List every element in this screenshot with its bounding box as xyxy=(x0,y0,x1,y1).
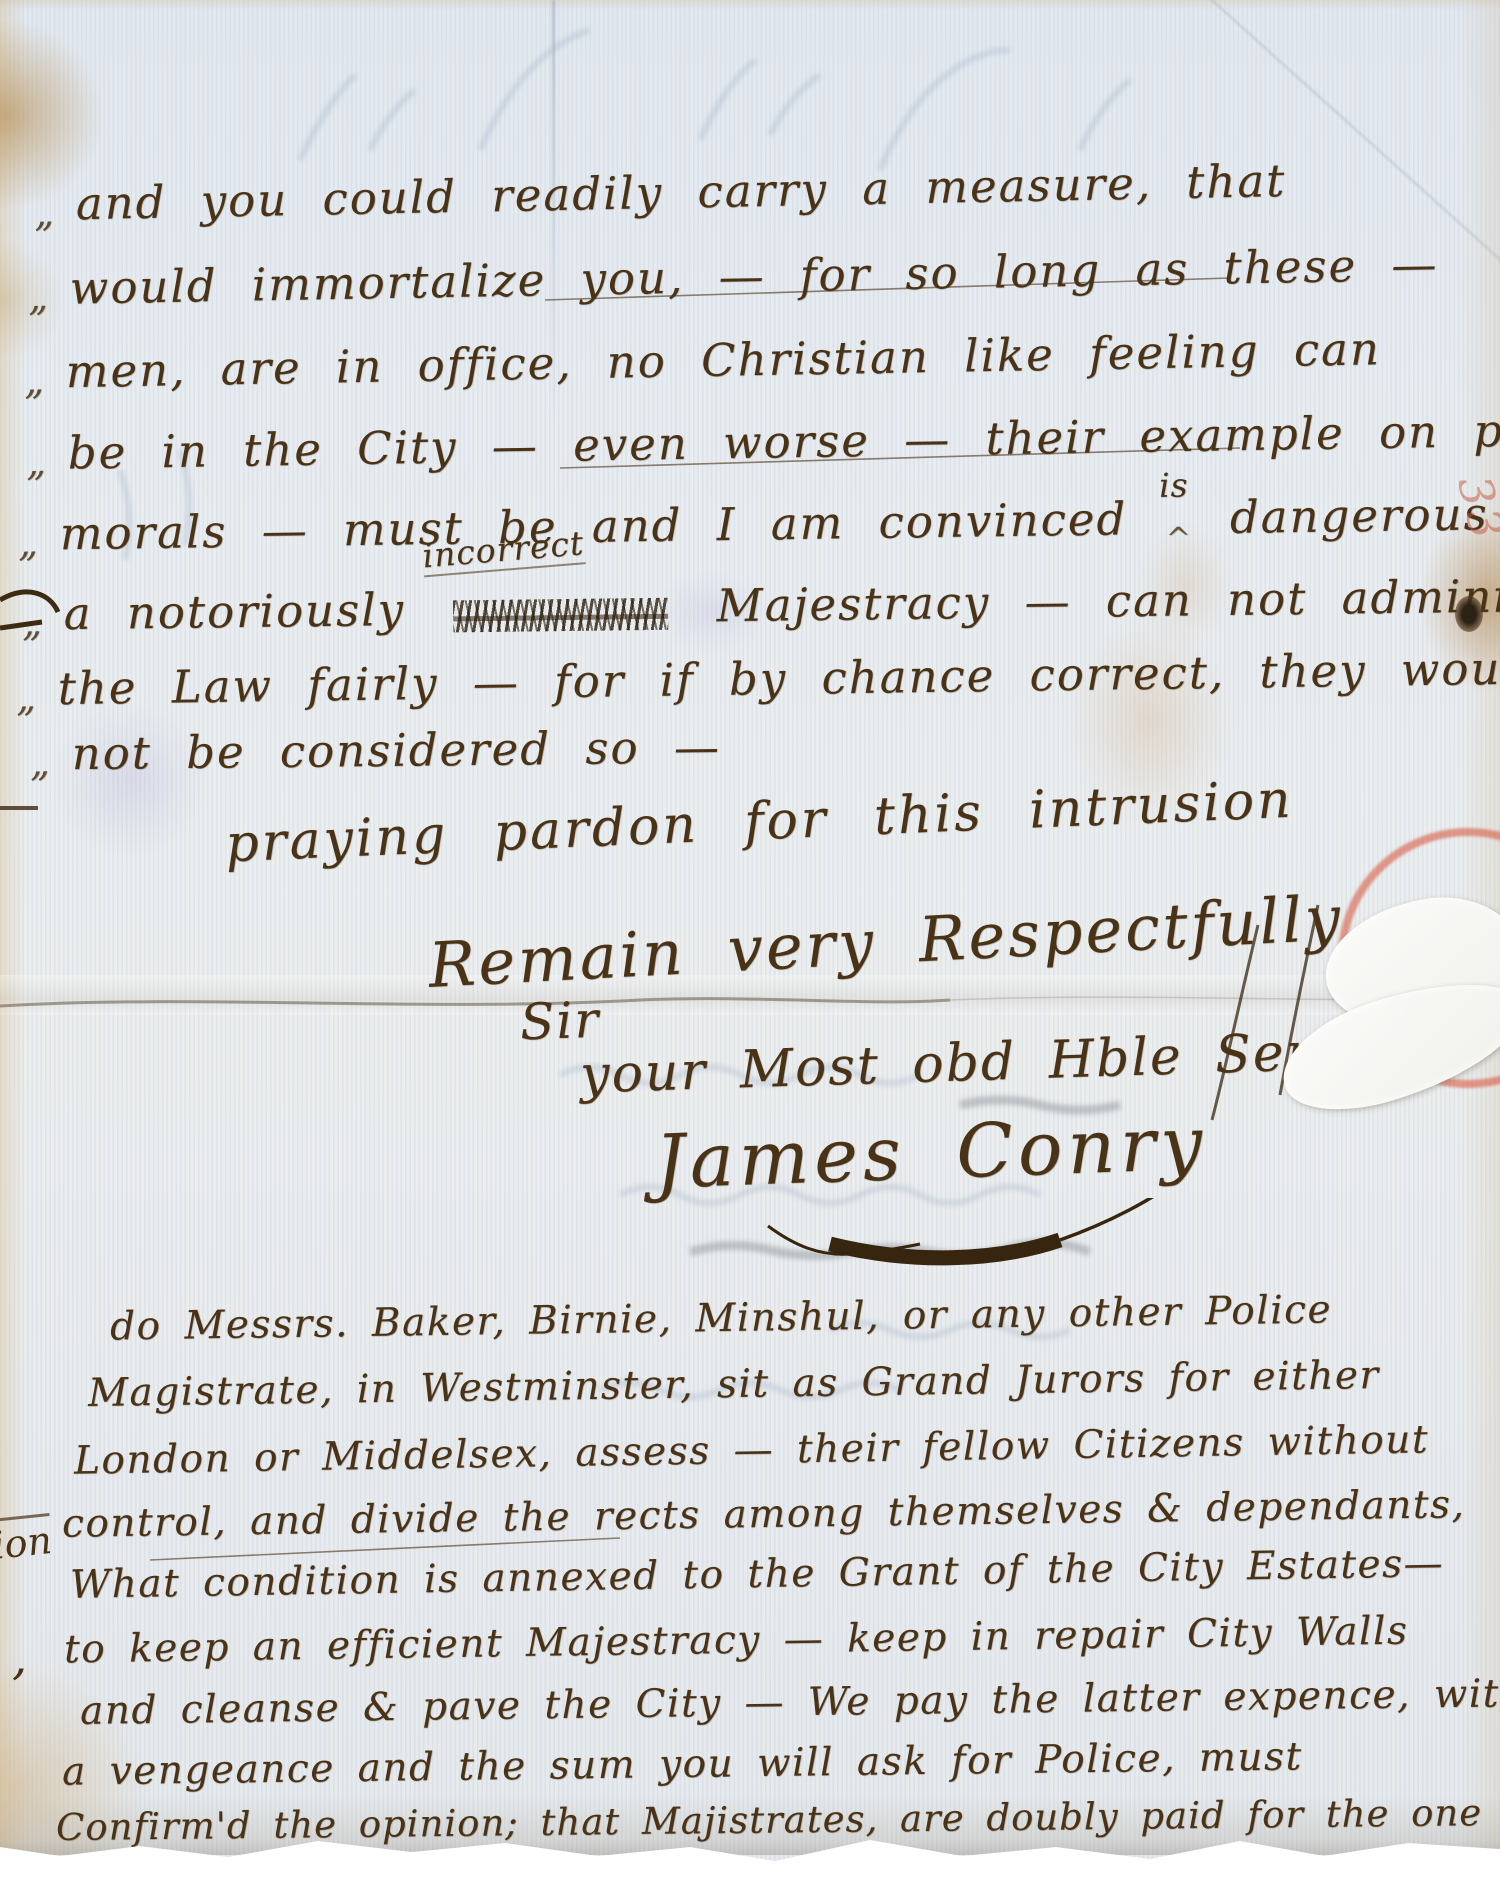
postscript-line: do Messrs. Baker, Birnie, Minshul, or an… xyxy=(110,1287,1333,1349)
letter-line: „morals — must be and I am convinced is … xyxy=(18,486,1500,561)
quote-mark: „ xyxy=(28,275,50,319)
line-text: and you could readily carry a measure, t… xyxy=(75,154,1286,230)
line-text: the Law fairly — for if by chance correc… xyxy=(57,641,1500,715)
quote-mark: „ xyxy=(18,521,40,565)
letter-scan: „and you could readily carry a measure, … xyxy=(0,0,1500,1885)
postscript-line: What condition is annexed to the Grant o… xyxy=(70,1541,1445,1608)
postscript-line: Magistrate, in Westminster, sit as Grand… xyxy=(88,1353,1380,1416)
quote-mark: „ xyxy=(22,600,44,644)
struck-out-word-wrap: incorrect xyxy=(453,580,669,636)
quote-mark: „ xyxy=(24,358,46,402)
postscript-line: London or Middelsex, assess — their fell… xyxy=(74,1417,1430,1483)
signature: James Conry xyxy=(654,1100,1209,1205)
sir-line: Sir xyxy=(519,991,601,1052)
letter-line: „the Law fairly — for if by chance corre… xyxy=(16,641,1500,715)
letter-line: „and you could readily carry a measure, … xyxy=(34,154,1287,231)
postscript-line: a vengeance and the sum you will ask for… xyxy=(62,1734,1303,1794)
line-text: morals — must be and I am convinced xyxy=(59,492,1127,560)
caret-mark: ^ xyxy=(1166,521,1194,556)
pardon-line: praying pardon for this intrusion xyxy=(224,770,1294,875)
inserted-word: is xyxy=(1159,465,1189,504)
line-text: be in the City — even worse — their exam… xyxy=(67,401,1500,480)
quote-mark: „ xyxy=(26,440,48,484)
quote-mark: „ xyxy=(34,191,57,235)
line-text: a notoriously xyxy=(63,583,405,640)
letter-line: „a notoriously incorrect Majestracy — ca… xyxy=(22,568,1500,640)
paper-hole xyxy=(1455,596,1483,632)
line-text: not be considered so — xyxy=(71,720,721,780)
margin-edge-comma: , xyxy=(12,1630,27,1686)
letter-line: „not be considered so — xyxy=(30,720,721,780)
letter-line: „would immortalize you, — for so long as… xyxy=(28,238,1439,316)
postscript-line: to keep an efficient Majestracy — keep i… xyxy=(64,1609,1409,1673)
signature-flourish xyxy=(760,1198,1200,1288)
postscript-line: control, and divide the rects among them… xyxy=(62,1482,1466,1547)
letter-line: „men, are in office, no Christian like f… xyxy=(24,322,1382,399)
struck-out-word xyxy=(453,598,668,633)
letter-line: „be in the City — even worse — their exa… xyxy=(26,401,1500,480)
margin-edge-dash xyxy=(0,806,38,810)
line-text: Majestracy — can not administer xyxy=(716,568,1500,632)
caret-insertion: is ^ xyxy=(1162,523,1196,533)
quote-mark: „ xyxy=(16,675,38,719)
line-text: men, are in office, no Christian like fe… xyxy=(65,322,1381,398)
paper-sheet: „and you could readily carry a measure, … xyxy=(0,0,1500,1885)
postscript-line: and cleanse & pave the City — We pay the… xyxy=(80,1671,1500,1734)
diagonal-crease xyxy=(1179,0,1500,279)
margin-edge-word: ion xyxy=(0,1513,54,1568)
quote-mark: „ xyxy=(30,740,52,784)
line-text: would immortalize you, — for so long as … xyxy=(69,238,1438,315)
